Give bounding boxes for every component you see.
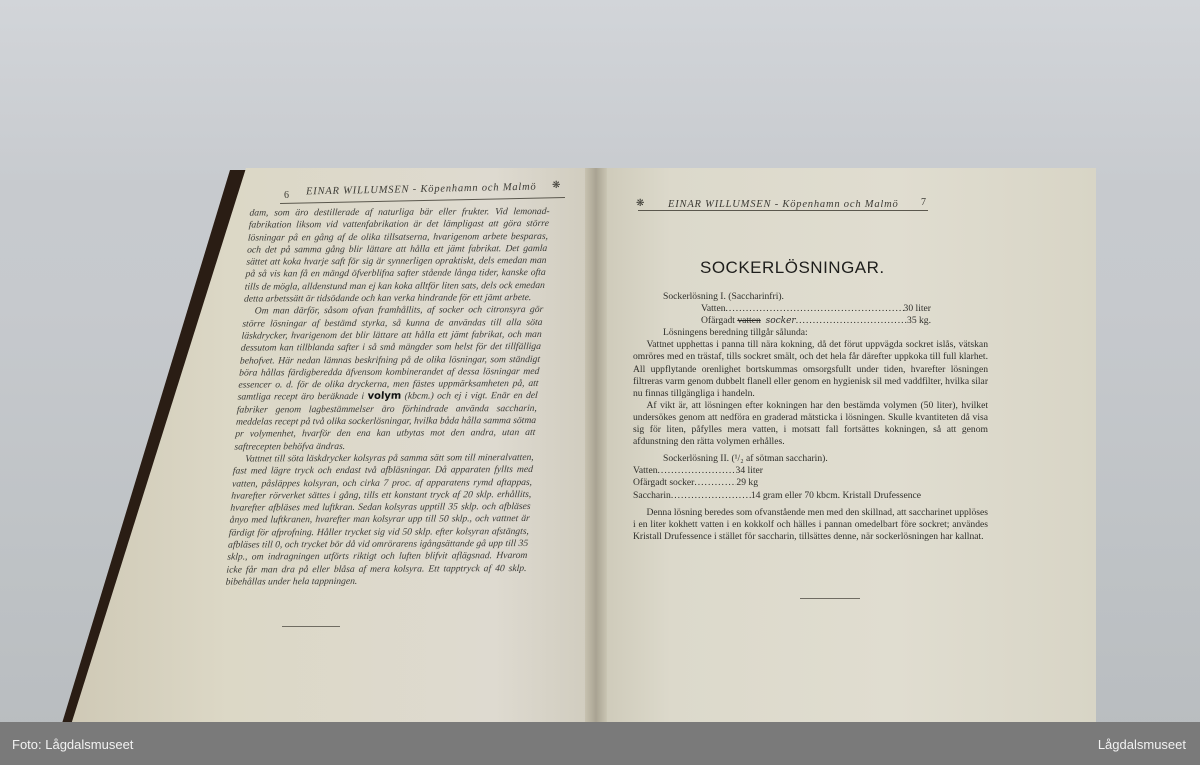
right-page-body: Sockerlösning I. (Saccharinfri). Vatten … (633, 291, 988, 543)
paragraph-text: Om man därför, såsom ofvan framhållits, … (237, 304, 543, 403)
ingredient-row: Vatten 34 liter (633, 465, 763, 477)
solution1-intro: Lösningens beredning tillgår sålunda: (633, 327, 988, 339)
photo-credit: Foto: Lågdalsmuseet (12, 737, 133, 752)
museum-name: Lågdalsmuseet (1098, 737, 1186, 752)
right-page-number: 7 (921, 197, 926, 208)
ingredient-label: Ofärgadt (701, 315, 735, 327)
caption-bar (0, 722, 1200, 765)
ingredient-row: Ofärgadt vatten socker 35 kg. (633, 315, 931, 327)
ingredient-label: Vatten (633, 465, 658, 477)
paragraph: Vattnet till söta läskdrycker kolsyras p… (225, 452, 534, 589)
paragraph: Vattnet upphettas i panna till nära kokn… (633, 339, 988, 399)
ornament-icon: ❋ (552, 180, 560, 191)
paragraph: Af vikt är, att lösningen efter kokninge… (633, 400, 988, 448)
ingredient-label: Ofärgadt socker (633, 477, 694, 489)
ingredient-value: 29 kg (736, 477, 758, 489)
paragraph: Om man därför, såsom ofvan framhållits, … (234, 304, 544, 453)
emphasis-volym: volym (367, 391, 401, 402)
end-rule (800, 598, 860, 599)
header-rule (638, 210, 928, 211)
struck-word: vatten (737, 315, 760, 327)
ingredient-value: 34 liter (736, 465, 763, 477)
end-rule (282, 626, 340, 627)
section-title: SOCKERLÖSNINGAR. (700, 258, 885, 278)
dot-leader (694, 477, 736, 489)
left-page-number: 6 (284, 190, 289, 201)
handwritten-correction: socker (766, 315, 796, 327)
dot-leader (658, 465, 736, 477)
dot-leader (796, 315, 907, 327)
paragraph: Denna lösning beredes som ofvanstående m… (633, 507, 988, 543)
book-gutter (585, 168, 607, 728)
dot-leader (726, 303, 904, 315)
ingredient-value: 35 kg. (907, 315, 931, 327)
ornament-icon: ❋ (636, 198, 644, 209)
solution2-heading: Sockerlösning II. (¹/₂ af sötman sacchar… (633, 453, 988, 465)
left-page-body: dam, som äro destillerade af naturliga b… (225, 206, 550, 589)
right-running-head: EINAR WILLUMSEN - Köpenhamn och Malmö (668, 199, 899, 210)
dot-leader (671, 490, 751, 502)
open-book-photo: 6 EINAR WILLUMSEN - Köpenhamn och Malmö … (0, 0, 1200, 722)
ingredient-value: 30 liter (904, 303, 931, 315)
ingredient-row: Ofärgadt socker 29 kg (633, 477, 758, 489)
solution1-heading: Sockerlösning I. (Saccharinfri). (633, 291, 988, 303)
ingredient-value: 14 gram eller 70 kbcm. Kristall Drufesse… (751, 490, 921, 502)
paragraph: dam, som äro destillerade af naturliga b… (244, 206, 550, 306)
ingredient-row: Vatten 30 liter (633, 303, 931, 315)
ingredient-label: Vatten (701, 303, 726, 315)
ingredient-row: Saccharin 14 gram eller 70 kbcm. Kristal… (633, 490, 988, 502)
ingredient-label: Saccharin (633, 490, 671, 502)
